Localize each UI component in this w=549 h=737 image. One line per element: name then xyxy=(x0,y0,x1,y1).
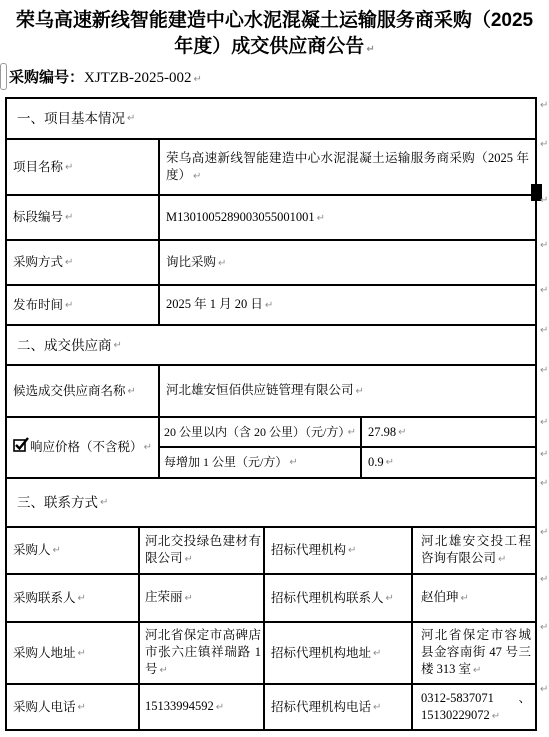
price-value-cell: 0.9 xyxy=(360,448,535,477)
purchase-number-value: XJTZB-2025-002 xyxy=(84,70,192,86)
label-text: 项目名称 xyxy=(13,159,63,176)
paragraph-mark xyxy=(128,383,136,400)
section3-header-cell: 三、联系方式 xyxy=(7,479,535,526)
value-text: M1301005289003055001001 xyxy=(166,210,315,224)
value-cell: 15133994592 xyxy=(138,685,263,729)
price-item-text: 每增加 1 公里（元/方） xyxy=(164,454,287,471)
paragraph-mark xyxy=(265,300,273,311)
row-response-price: 响应价格（不含税） 20 公里以内（含 20 公里）（元/方） 27.98 每增… xyxy=(7,416,535,477)
paragraph-mark xyxy=(78,590,86,607)
row-end-mark xyxy=(540,479,548,489)
label-text: 采购人 xyxy=(13,542,51,559)
paragraph-mark xyxy=(461,593,469,604)
purchase-number-label: 采购编号： xyxy=(9,69,84,86)
paragraph-mark xyxy=(65,159,73,176)
value-text: 河北雄安交投工程咨询有限公司 xyxy=(421,534,531,565)
value-text: 河北交投绿色建材有限公司 xyxy=(145,534,261,565)
row-end-mark xyxy=(540,623,548,633)
purchase-number-line: 采购编号：XJTZB-2025-002 xyxy=(0,63,549,91)
row-section-number: 标段编号 M1301005289003055001001 xyxy=(7,194,535,239)
paragraph-mark xyxy=(144,439,152,456)
price-value-text: 27.98 xyxy=(368,424,396,441)
paragraph-mark xyxy=(100,494,108,511)
value-text: 赵伯珅 xyxy=(421,590,459,604)
value-cell: 庄荣丽 xyxy=(138,575,263,621)
section1-header-row: 一、项目基本情况 xyxy=(7,99,535,138)
label-cell: 采购人电话 xyxy=(7,685,138,729)
value-text: 0312-5837071、15130229072 xyxy=(421,691,531,722)
paragraph-mark xyxy=(194,74,202,85)
price-subrow: 20 公里以内（含 20 公里）（元/方） 27.98 xyxy=(160,418,535,446)
value-cell: 河北交投绿色建材有限公司 xyxy=(138,528,263,573)
label-cell: 采购人地址 xyxy=(7,623,138,683)
price-item-text: 20 公里以内（含 20 公里）（元/方） xyxy=(164,424,346,441)
value-cell: 询比采购 xyxy=(158,241,535,284)
price-value-cell: 27.98 xyxy=(360,418,535,446)
row-end-mark xyxy=(540,101,548,111)
value-cell: M1301005289003055001001 xyxy=(158,196,535,239)
value-text: 15133994592 xyxy=(145,699,214,713)
paragraph-mark xyxy=(348,424,356,441)
paragraph-mark xyxy=(386,454,394,471)
row-purchaser: 采购人 河北交投绿色建材有限公司 招标代理机构 河北雄安交投工程咨询有限公司 xyxy=(7,526,535,573)
label-cell: 采购联系人 xyxy=(7,575,138,621)
value-cell: 河北雄安恒佰供应链管理有限公司 xyxy=(158,366,535,416)
paragraph-mark xyxy=(386,590,394,607)
paragraph-mark xyxy=(65,254,73,271)
label-text: 招标代理机构 xyxy=(271,542,346,559)
value-cell: 赵伯珅 xyxy=(411,575,535,621)
page-title-text: 荣乌高速新线智能建造中心水泥混凝土运输服务商采购（2025 年度）成交供应商公告 xyxy=(16,10,533,57)
label-text: 招标代理机构电话 xyxy=(271,699,371,716)
paragraph-mark xyxy=(185,593,193,604)
row-procurement-method: 采购方式 询比采购 xyxy=(7,239,535,284)
row-end-mark xyxy=(540,685,548,695)
price-item-cell: 20 公里以内（含 20 公里）（元/方） xyxy=(160,418,360,446)
checked-checkbox-icon xyxy=(13,437,29,457)
row-end-mark xyxy=(540,528,548,538)
label-cell: 招标代理机构电话 xyxy=(263,685,411,729)
label-text: 招标代理机构地址 xyxy=(271,645,371,662)
row-project-name: 项目名称 荣乌高速新线智能建造中心水泥混凝土运输服务商采购（2025 年度） xyxy=(7,138,535,194)
label-text: 发布时间 xyxy=(13,297,63,314)
paragraph-mark xyxy=(193,171,201,182)
label-cell: 招标代理机构地址 xyxy=(263,623,411,683)
section2-header-cell: 二、成交供应商 xyxy=(7,326,535,364)
paragraph-mark xyxy=(216,702,224,713)
row-publish-time: 发布时间 2025 年 1 月 20 日 xyxy=(7,284,535,324)
section1-header-cell: 一、项目基本情况 xyxy=(7,99,535,138)
paragraph-mark xyxy=(185,554,193,565)
price-item-cell: 每增加 1 公里（元/方） xyxy=(160,448,360,477)
row-purchaser-contact: 采购联系人 庄荣丽 招标代理机构联系人 赵伯珅 xyxy=(7,573,535,621)
paragraph-mark xyxy=(114,337,122,354)
paragraph-mark xyxy=(373,645,381,662)
row-end-mark xyxy=(540,575,548,585)
page-title: 荣乌高速新线智能建造中心水泥混凝土运输服务商采购（2025 年度）成交供应商公告 xyxy=(0,0,549,63)
paragraph-mark xyxy=(289,454,297,471)
section2-header-text: 二、成交供应商 xyxy=(17,337,112,354)
row-end-mark xyxy=(540,241,548,251)
paragraph-mark xyxy=(473,665,481,676)
paragraph-mark xyxy=(348,542,356,559)
value-cell: 0312-5837071、15130229072 xyxy=(411,685,535,729)
value-cell: 河北雄安交投工程咨询有限公司 xyxy=(411,528,535,573)
row-end-mark xyxy=(540,286,548,296)
paragraph-mark xyxy=(65,297,73,314)
paragraph-mark xyxy=(356,386,364,397)
value-cell: 河北省保定市容城县金容南街 47 号三楼 313 室 xyxy=(411,623,535,683)
label-cell: 采购人 xyxy=(7,528,138,573)
row-end-mark xyxy=(540,326,548,336)
paragraph-mark xyxy=(366,44,374,55)
label-text: 招标代理机构联系人 xyxy=(271,590,384,607)
row-purchaser-phone: 采购人电话 15133994592 招标代理机构电话 0312-5837071、… xyxy=(7,683,535,729)
paragraph-mark xyxy=(78,699,86,716)
supplier-name-text: 河北雄安恒佰供应链管理有限公司 xyxy=(166,383,354,397)
paragraph-mark xyxy=(498,554,506,565)
row-end-mark xyxy=(540,366,548,376)
paragraph-mark xyxy=(218,258,226,269)
label-text: 采购方式 xyxy=(13,254,63,271)
label-cell: 采购方式 xyxy=(7,241,158,284)
value-cell: 2025 年 1 月 20 日 xyxy=(158,286,535,324)
label-text: 采购联系人 xyxy=(13,590,76,607)
paragraph-mark xyxy=(373,699,381,716)
label-text: 采购人电话 xyxy=(13,699,76,716)
price-label-cell: 响应价格（不含税） xyxy=(7,418,158,477)
paragraph-mark xyxy=(65,209,73,226)
row-end-mark xyxy=(540,450,548,460)
label-cell: 招标代理机构 xyxy=(263,528,411,573)
label-cell: 项目名称 xyxy=(7,140,158,194)
label-cell: 发布时间 xyxy=(7,286,158,324)
paragraph-mark xyxy=(492,711,500,722)
value-text: 庄荣丽 xyxy=(145,590,183,604)
announcement-table: 一、项目基本情况 项目名称 荣乌高速新线智能建造中心水泥混凝土运输服务商采购（2… xyxy=(5,97,537,731)
section3-header-row: 三、联系方式 xyxy=(7,477,535,526)
value-text: 询比采购 xyxy=(166,255,216,269)
value-cell: 荣乌高速新线智能建造中心水泥混凝土运输服务商采购（2025 年度） xyxy=(158,140,535,194)
section2-header-row: 二、成交供应商 xyxy=(7,324,535,364)
label-text: 采购人地址 xyxy=(13,645,76,662)
value-cell: 河北省保定市高碑店市张六庄镇祥瑞路 1 号 xyxy=(138,623,263,683)
row-end-mark xyxy=(540,140,548,150)
price-subtable: 20 公里以内（含 20 公里）（元/方） 27.98 每增加 1 公里（元/方… xyxy=(158,418,535,477)
section1-header-text: 一、项目基本情况 xyxy=(17,110,125,127)
row-supplier: 候选成交供应商名称 河北雄安恒佰供应链管理有限公司 xyxy=(7,364,535,416)
label-text: 标段编号 xyxy=(13,209,63,226)
section3-header-text: 三、联系方式 xyxy=(17,494,98,511)
paragraph-mark xyxy=(160,665,168,676)
paragraph-mark xyxy=(78,645,86,662)
row-end-mark xyxy=(540,196,548,206)
row-purchaser-address: 采购人地址 河北省保定市高碑店市张六庄镇祥瑞路 1 号 招标代理机构地址 河北省… xyxy=(7,621,535,683)
row-end-mark xyxy=(540,418,548,428)
paragraph-mark xyxy=(127,110,135,127)
label-cell: 标段编号 xyxy=(7,196,158,239)
label-cell: 招标代理机构联系人 xyxy=(263,575,411,621)
value-text: 荣乌高速新线智能建造中心水泥混凝土运输服务商采购（2025 年度） xyxy=(166,151,529,182)
paragraph-mark xyxy=(317,213,325,224)
price-subrow: 每增加 1 公里（元/方） 0.9 xyxy=(160,446,535,477)
value-text: 2025 年 1 月 20 日 xyxy=(166,297,263,311)
paragraph-mark xyxy=(398,424,406,441)
price-label-text: 响应价格（不含税） xyxy=(30,439,142,456)
price-value-text: 0.9 xyxy=(368,454,384,471)
label-cell: 候选成交供应商名称 xyxy=(7,366,158,416)
label-text: 候选成交供应商名称 xyxy=(13,383,126,400)
margin-bracket-mark xyxy=(0,63,7,90)
paragraph-mark xyxy=(53,542,61,559)
